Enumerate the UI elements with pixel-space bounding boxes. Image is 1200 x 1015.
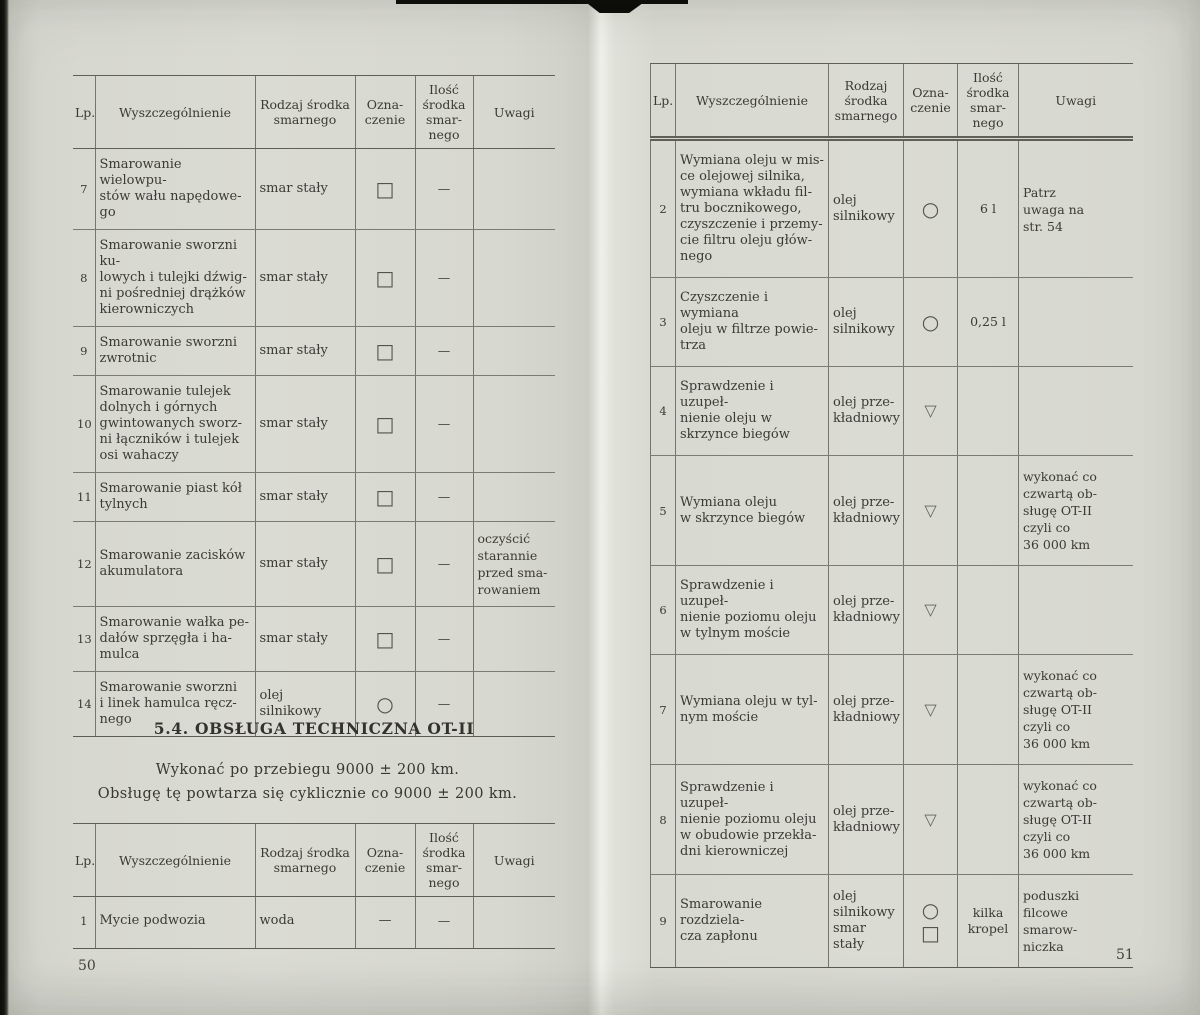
- cell-mark: □: [355, 376, 415, 473]
- cell-lp: 7: [73, 149, 95, 230]
- col-header-qty: Ilość środka smar- nego: [958, 64, 1019, 139]
- col-header-notes: Uwagi: [473, 824, 555, 897]
- circle-icon: ○: [908, 312, 953, 332]
- header-row: Lp.WyszczególnienieRodzaj środka smarneg…: [651, 64, 1133, 139]
- cell-notes: Patrz uwaga na str. 54: [1019, 139, 1133, 278]
- table-row: 7Wymiana oleju w tyl- nym mościeolej prz…: [651, 655, 1133, 765]
- lubrication-table-ot2: Lp.WyszczególnienieRodzaj środka smarneg…: [73, 823, 555, 949]
- cell-mark: ○: [904, 139, 958, 278]
- table-row: 11Smarowanie piast kół tylnychsmar stały…: [73, 473, 555, 522]
- table-row: 10Smarowanie tulejek dolnych i górnych g…: [73, 376, 555, 473]
- table-row: 12Smarowanie zacisków akumulatorasmar st…: [73, 522, 555, 607]
- cell-notes: [473, 376, 555, 473]
- square-icon: □: [360, 268, 411, 288]
- scan-left-edge: [0, 0, 9, 1015]
- table-row: 9Smarowanie rozdziela- cza zapłonuolej s…: [651, 875, 1133, 968]
- triangle-icon: ▽: [908, 403, 953, 419]
- cell-mark: ▽: [904, 655, 958, 765]
- table-row: 13Smarowanie wałka pe- dałów sprzęgła i …: [73, 607, 555, 672]
- col-header-mark: Ozna- czenie: [355, 76, 415, 149]
- col-header-item: Wyszczególnienie: [95, 76, 255, 149]
- cell-qty: [958, 566, 1019, 655]
- cell-lp: 5: [651, 456, 676, 566]
- square-icon: □: [360, 341, 411, 361]
- cell-lp: 1: [73, 897, 95, 949]
- cell-agent: smar stały: [255, 522, 355, 607]
- cell-qty: —: [415, 473, 473, 522]
- cell-agent: smar stały: [255, 327, 355, 376]
- cell-notes: [473, 607, 555, 672]
- page-number-left: 50: [78, 958, 96, 974]
- cell-lp: 13: [73, 607, 95, 672]
- col-header-mark: Ozna- czenie: [355, 824, 415, 897]
- section-intro: Wykonać po przebiegu 9000 ± 200 km. Obsł…: [35, 758, 580, 806]
- cell-item: Smarowanie wałka pe- dałów sprzęgła i ha…: [95, 607, 255, 672]
- spine-top-notch: [583, 0, 647, 13]
- cell-mark: □: [355, 607, 415, 672]
- cell-lp: 9: [73, 327, 95, 376]
- cell-lp: 6: [651, 566, 676, 655]
- cell-qty: [958, 655, 1019, 765]
- lubrication-table-right: Lp.WyszczególnienieRodzaj środka smarneg…: [650, 63, 1133, 968]
- cell-notes: [1019, 566, 1133, 655]
- square-icon: □: [360, 629, 411, 649]
- table-row: 6Sprawdzenie i uzupeł- nienie poziomu ol…: [651, 566, 1133, 655]
- cell-mark: ○: [904, 278, 958, 367]
- cell-notes: wykonać co czwartą ob- sługę OT-II czyli…: [1019, 765, 1133, 875]
- cell-mark: □: [355, 522, 415, 607]
- cell-item: Smarowanie tulejek dolnych i górnych gwi…: [95, 376, 255, 473]
- cell-mark: —: [355, 897, 415, 949]
- cell-item: Smarowanie rozdziela- cza zapłonu: [676, 875, 829, 968]
- cell-notes: [473, 149, 555, 230]
- circle-icon: ○: [908, 199, 953, 219]
- cell-item: Wymiana oleju w mis- ce olejowej silnika…: [676, 139, 829, 278]
- cell-mark: □: [355, 149, 415, 230]
- cell-qty: 0,25 l: [958, 278, 1019, 367]
- cell-notes: [473, 327, 555, 376]
- lubrication-table-left: Lp.WyszczególnienieRodzaj środka smarneg…: [73, 75, 555, 737]
- cell-qty: —: [415, 376, 473, 473]
- cell-item: Sprawdzenie i uzupeł- nienie poziomu ole…: [676, 765, 829, 875]
- cell-mark: □: [355, 230, 415, 327]
- cell-lp: 4: [651, 367, 676, 456]
- col-header-lp: Lp.: [73, 824, 95, 897]
- cell-lp: 11: [73, 473, 95, 522]
- col-header-qty: Ilość środka smar- nego: [415, 76, 473, 149]
- col-header-notes: Uwagi: [473, 76, 555, 149]
- cell-agent: olej prze- kładniowy: [829, 456, 904, 566]
- triangle-icon: ▽: [908, 602, 953, 618]
- cell-agent: smar stały: [255, 230, 355, 327]
- cell-lp: 2: [651, 139, 676, 278]
- cell-agent: olej silnikowy: [829, 139, 904, 278]
- cell-mark: ▽: [904, 367, 958, 456]
- cell-item: Smarowanie sworzni zwrotnic: [95, 327, 255, 376]
- square-icon: □: [360, 179, 411, 199]
- cell-item: Smarowanie piast kół tylnych: [95, 473, 255, 522]
- table-row: 5Wymiana oleju w skrzynce biegówolej prz…: [651, 456, 1133, 566]
- table-row: 2Wymiana oleju w mis- ce olejowej silnik…: [651, 139, 1133, 278]
- cell-notes: [473, 230, 555, 327]
- cell-item: Wymiana oleju w tyl- nym moście: [676, 655, 829, 765]
- header-row: Lp.WyszczególnienieRodzaj środka smarneg…: [73, 76, 555, 149]
- cell-notes: [473, 897, 555, 949]
- cell-mark: ○□: [904, 875, 958, 968]
- circle-icon: ○: [360, 694, 411, 714]
- col-header-item: Wyszczególnienie: [95, 824, 255, 897]
- header-row: Lp.WyszczególnienieRodzaj środka smarneg…: [73, 824, 555, 897]
- cell-qty: —: [415, 327, 473, 376]
- cell-agent: olej prze- kładniowy: [829, 367, 904, 456]
- square-icon: □: [360, 414, 411, 434]
- table-row: 8Sprawdzenie i uzupeł- nienie poziomu ol…: [651, 765, 1133, 875]
- page-number-right: 51: [1116, 947, 1134, 963]
- cell-qty: —: [415, 607, 473, 672]
- cell-mark: □: [355, 327, 415, 376]
- triangle-icon: ▽: [908, 503, 953, 519]
- cell-item: Sprawdzenie i uzupeł- nienie poziomu ole…: [676, 566, 829, 655]
- col-header-qty: Ilość środka smar- nego: [415, 824, 473, 897]
- cell-qty: —: [415, 897, 473, 949]
- cell-mark: ▽: [904, 456, 958, 566]
- col-header-agent: Rodzaj środka smarnego: [255, 824, 355, 897]
- cell-qty: —: [415, 230, 473, 327]
- cell-notes: wykonać co czwartą ob- sługę OT-II czyli…: [1019, 655, 1133, 765]
- cell-mark: ▽: [904, 765, 958, 875]
- intro-line-1: Wykonać po przebiegu 9000 ± 200 km.: [35, 758, 580, 782]
- cell-qty: —: [415, 522, 473, 607]
- cell-agent: smar stały: [255, 607, 355, 672]
- intro-line-2: Obsługę tę powtarza się cyklicznie co 90…: [35, 782, 580, 806]
- square-icon: □: [908, 923, 953, 943]
- table-row: 9Smarowanie sworzni zwrotnicsmar stały□—: [73, 327, 555, 376]
- cell-agent: olej prze- kładniowy: [829, 566, 904, 655]
- cell-agent: olej prze- kładniowy: [829, 765, 904, 875]
- cell-agent: smar stały: [255, 473, 355, 522]
- triangle-icon: ▽: [908, 702, 953, 718]
- cell-lp: 8: [73, 230, 95, 327]
- table-row: 7Smarowanie wielowpu- stów wału napędowe…: [73, 149, 555, 230]
- cell-item: Sprawdzenie i uzupeł- nienie oleju w skr…: [676, 367, 829, 456]
- cell-notes: [1019, 278, 1133, 367]
- cell-agent: woda: [255, 897, 355, 949]
- col-header-notes: Uwagi: [1019, 64, 1133, 139]
- cell-notes: oczyścić starannie przed sma- rowaniem: [473, 522, 555, 607]
- cell-qty: 6 l: [958, 139, 1019, 278]
- book-scan: Lp.WyszczególnienieRodzaj środka smarneg…: [0, 0, 1200, 1015]
- cell-mark: □: [355, 473, 415, 522]
- cell-lp: 7: [651, 655, 676, 765]
- table-row: 4Sprawdzenie i uzupeł- nienie oleju w sk…: [651, 367, 1133, 456]
- col-header-agent: Rodzaj środka smarnego: [829, 64, 904, 139]
- triangle-icon: ▽: [908, 812, 953, 828]
- cell-lp: 3: [651, 278, 676, 367]
- col-header-agent: Rodzaj środka smarnego: [255, 76, 355, 149]
- cell-lp: 12: [73, 522, 95, 607]
- cell-qty: [958, 367, 1019, 456]
- col-header-mark: Ozna- czenie: [904, 64, 958, 139]
- cell-agent: smar stały: [255, 149, 355, 230]
- cell-notes: [473, 473, 555, 522]
- cell-item: Mycie podwozia: [95, 897, 255, 949]
- cell-notes: [1019, 367, 1133, 456]
- cell-lp: 10: [73, 376, 95, 473]
- cell-qty: kilka kropel: [958, 875, 1019, 968]
- cell-agent: olej silnikowy smar stały: [829, 875, 904, 968]
- cell-agent: smar stały: [255, 376, 355, 473]
- cell-mark: ▽: [904, 566, 958, 655]
- table-row: 8Smarowanie sworzni ku- lowych i tulejki…: [73, 230, 555, 327]
- cell-item: Smarowanie sworzni ku- lowych i tulejki …: [95, 230, 255, 327]
- cell-qty: —: [415, 149, 473, 230]
- circle-icon: ○: [908, 900, 953, 920]
- cell-item: Smarowanie wielowpu- stów wału napędowe-…: [95, 149, 255, 230]
- cell-qty: [958, 456, 1019, 566]
- cell-item: Smarowanie zacisków akumulatora: [95, 522, 255, 607]
- cell-lp: 9: [651, 875, 676, 968]
- col-header-lp: Lp.: [73, 76, 95, 149]
- cell-agent: olej prze- kładniowy: [829, 655, 904, 765]
- cell-item: Czyszczenie i wymiana oleju w filtrze po…: [676, 278, 829, 367]
- cell-notes: wykonać co czwartą ob- sługę OT-II czyli…: [1019, 456, 1133, 566]
- cell-lp: 8: [651, 765, 676, 875]
- col-header-lp: Lp.: [651, 64, 676, 139]
- col-header-item: Wyszczególnienie: [676, 64, 829, 139]
- square-icon: □: [360, 487, 411, 507]
- cell-agent: olej silnikowy: [829, 278, 904, 367]
- dash-icon: —: [360, 914, 411, 927]
- table-row: 3Czyszczenie i wymiana oleju w filtrze p…: [651, 278, 1133, 367]
- square-icon: □: [360, 554, 411, 574]
- cell-qty: [958, 765, 1019, 875]
- section-heading: 5.4. OBSŁUGA TECHNICZNA OT-II: [73, 719, 555, 738]
- cell-item: Wymiana oleju w skrzynce biegów: [676, 456, 829, 566]
- table-row: 1Mycie podwoziawoda——: [73, 897, 555, 949]
